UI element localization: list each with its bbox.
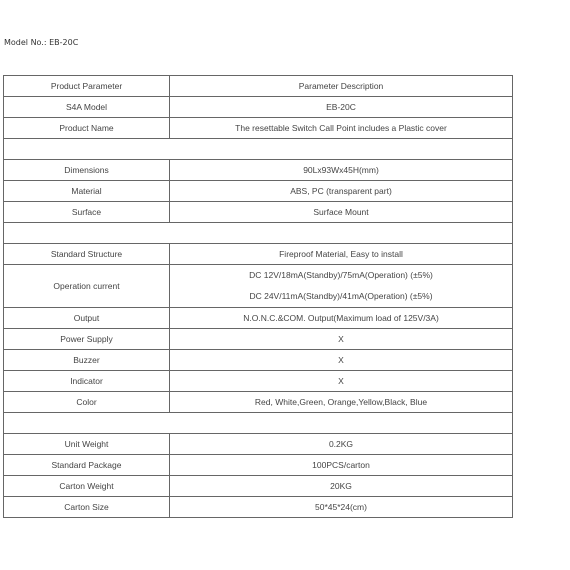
model-number-label: Model No.: EB-20C xyxy=(4,38,78,47)
parameter-name: Indicator xyxy=(4,371,170,392)
table-header-row: Product Parameter Parameter Description xyxy=(4,76,513,97)
spacer-cell xyxy=(4,139,513,160)
parameter-value: 20KG xyxy=(170,476,513,497)
parameter-value: 0.2KG xyxy=(170,434,513,455)
table-row: Operation currentDC 12V/18mA(Standby)/75… xyxy=(4,265,513,308)
parameter-name: Standard Package xyxy=(4,455,170,476)
parameter-value: X xyxy=(170,371,513,392)
table-row: MaterialABS, PC (transparent part) xyxy=(4,181,513,202)
parameter-value: 100PCS/carton xyxy=(170,455,513,476)
table-row: OutputN.O.N.C.&COM. Output(Maximum load … xyxy=(4,308,513,329)
table-row: Product NameThe resettable Switch Call P… xyxy=(4,118,513,139)
table-row: IndicatorX xyxy=(4,371,513,392)
parameter-value: X xyxy=(170,350,513,371)
parameter-name: Color xyxy=(4,392,170,413)
parameter-name: Power Supply xyxy=(4,329,170,350)
table-spacer-row xyxy=(4,413,513,434)
parameter-value: EB-20C xyxy=(170,97,513,118)
table-row: BuzzerX xyxy=(4,350,513,371)
parameter-name: Material xyxy=(4,181,170,202)
parameter-name: Surface xyxy=(4,202,170,223)
parameter-value: 90Lx93Wx45H(mm) xyxy=(170,160,513,181)
parameter-name: Unit Weight xyxy=(4,434,170,455)
parameter-value: ABS, PC (transparent part) xyxy=(170,181,513,202)
table-row: Carton Size50*45*24(cm) xyxy=(4,497,513,518)
table-row: Dimensions90Lx93Wx45H(mm) xyxy=(4,160,513,181)
table-row: SurfaceSurface Mount xyxy=(4,202,513,223)
parameter-name: S4A Model xyxy=(4,97,170,118)
table-row: Standard StructureFireproof Material, Ea… xyxy=(4,244,513,265)
parameter-value: The resettable Switch Call Point include… xyxy=(170,118,513,139)
parameter-name: Product Name xyxy=(4,118,170,139)
table-spacer-row xyxy=(4,223,513,244)
spacer-cell xyxy=(4,223,513,244)
parameter-name: Dimensions xyxy=(4,160,170,181)
table-row: Unit Weight0.2KG xyxy=(4,434,513,455)
table-row: Power SupplyX xyxy=(4,329,513,350)
parameter-value-line: DC 12V/18mA(Standby)/75mA(Operation) (±5… xyxy=(170,265,512,286)
table-row: ColorRed, White,Green, Orange,Yellow,Bla… xyxy=(4,392,513,413)
parameter-name: Carton Weight xyxy=(4,476,170,497)
parameter-value: Surface Mount xyxy=(170,202,513,223)
header-key: Product Parameter xyxy=(4,76,170,97)
parameter-name: Operation current xyxy=(4,265,170,308)
parameter-value: Red, White,Green, Orange,Yellow,Black, B… xyxy=(170,392,513,413)
spacer-cell xyxy=(4,413,513,434)
parameter-value: 50*45*24(cm) xyxy=(170,497,513,518)
parameter-name: Standard Structure xyxy=(4,244,170,265)
table-row: Standard Package100PCS/carton xyxy=(4,455,513,476)
product-spec-table: Product Parameter Parameter Description … xyxy=(3,75,513,518)
parameter-name: Output xyxy=(4,308,170,329)
parameter-name: Buzzer xyxy=(4,350,170,371)
parameter-value: N.O.N.C.&COM. Output(Maximum load of 125… xyxy=(170,308,513,329)
header-value: Parameter Description xyxy=(170,76,513,97)
parameter-value-line: DC 24V/11mA(Standby)/41mA(Operation) (±5… xyxy=(170,286,512,307)
parameter-name: Carton Size xyxy=(4,497,170,518)
table-row: Carton Weight20KG xyxy=(4,476,513,497)
parameter-value: DC 12V/18mA(Standby)/75mA(Operation) (±5… xyxy=(170,265,513,308)
parameter-value: X xyxy=(170,329,513,350)
table-spacer-row xyxy=(4,139,513,160)
parameter-value: Fireproof Material, Easy to install xyxy=(170,244,513,265)
table-row: S4A ModelEB-20C xyxy=(4,97,513,118)
